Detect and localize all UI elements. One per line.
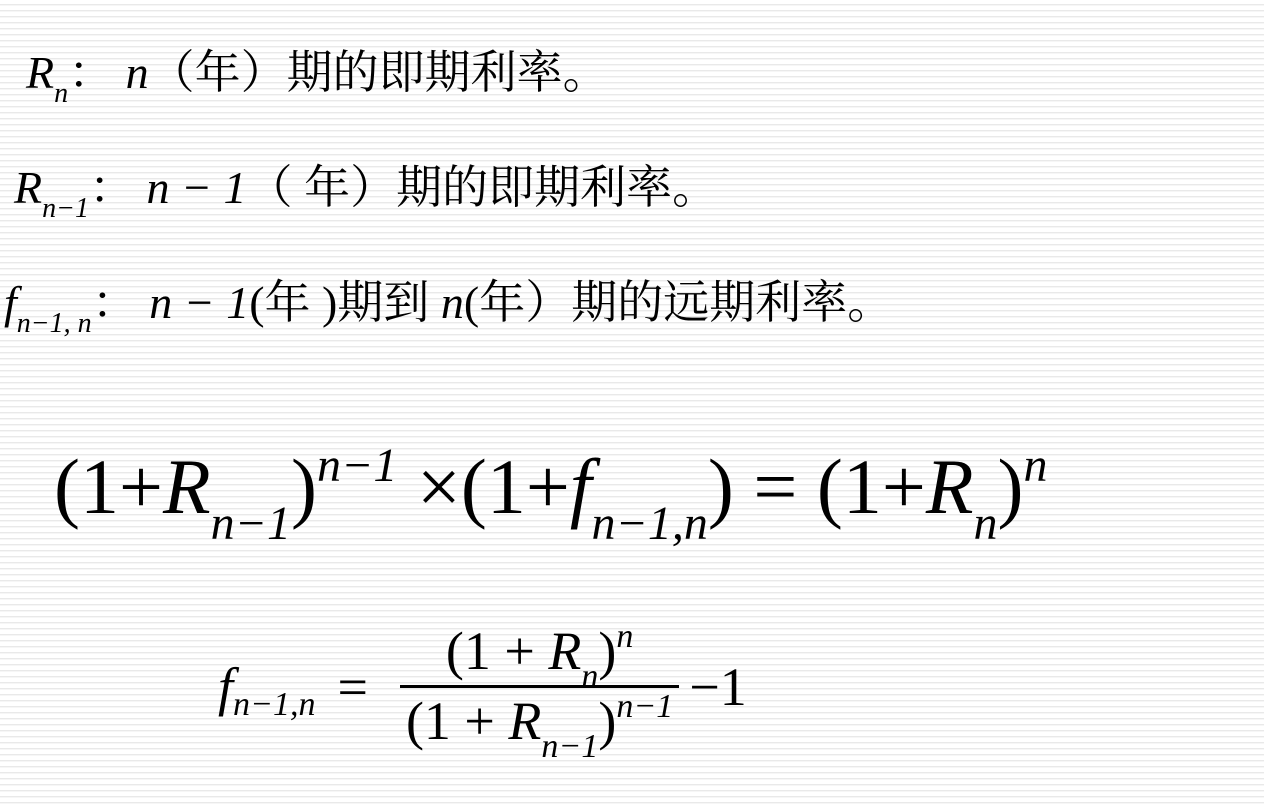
- fraction: (1 + Rn)n (1 + Rn−1)n−1: [400, 622, 679, 752]
- denominator: (1 + Rn−1)n−1: [400, 692, 679, 751]
- var-n-minus-1: n − 1: [149, 277, 249, 328]
- times-sign: ×: [417, 443, 461, 530]
- symbol-R: R: [26, 47, 54, 98]
- equation-spot-forward-relation: (1+Rn−1)n−1 ×(1+fn−1,n) = (1+Rn)n: [54, 448, 1048, 526]
- var-n-minus-1: n − 1: [147, 162, 247, 213]
- var-R: R: [548, 621, 581, 681]
- minus-one: −1: [689, 656, 746, 718]
- subscript: n−1: [211, 497, 291, 550]
- superscript: n: [1024, 439, 1048, 492]
- var-R: R: [926, 443, 974, 530]
- subscript: n−1,n: [233, 686, 315, 724]
- equals-sign: =: [753, 443, 797, 530]
- colon: ：: [68, 47, 114, 98]
- paren-close: ): [598, 621, 616, 681]
- subscript: n−1: [42, 193, 89, 224]
- paren-open: (1 +: [446, 621, 548, 681]
- subscript: n−1: [541, 728, 598, 765]
- subscript: n: [581, 658, 598, 695]
- symbol-R: R: [14, 162, 42, 213]
- var-R: R: [163, 443, 211, 530]
- paren-open: (1 +: [406, 691, 508, 751]
- paren-close: ): [998, 443, 1024, 530]
- definition-text: (年）期的远期利率。: [464, 277, 893, 328]
- paren-close: ): [291, 443, 317, 530]
- paren-open: (1+: [54, 443, 163, 530]
- definition-text: （ 年）期的即期利率。: [247, 162, 719, 213]
- superscript: n−1: [616, 688, 673, 725]
- var-f: f: [218, 656, 233, 718]
- subscript: n: [974, 497, 998, 550]
- equals-sign: =: [337, 656, 367, 718]
- symbol-f: f: [4, 277, 17, 328]
- subscript: n−1, n: [17, 308, 92, 339]
- var-n: n: [441, 277, 464, 328]
- colon: ：: [89, 162, 135, 213]
- definition-spot-rate-n: Rn： n（年）期的即期利率。: [26, 50, 609, 96]
- definition-forward-rate: fn−1, n： n − 1(年 )期到 n(年）期的远期利率。: [4, 280, 893, 326]
- definition-spot-rate-n-minus-1: Rn−1： n − 1（ 年）期的即期利率。: [14, 165, 718, 211]
- superscript: n−1: [317, 439, 397, 492]
- definition-text: （年）期的即期利率。: [149, 47, 609, 98]
- var-R: R: [508, 691, 541, 751]
- subscript: n−1,n: [592, 497, 708, 550]
- colon: ：: [92, 277, 138, 328]
- subscript: n: [54, 78, 68, 109]
- var-n: n: [126, 47, 149, 98]
- paren-open: (1+: [461, 443, 570, 530]
- equation-forward-rate-formula: fn−1,n = (1 + Rn)n (1 + Rn−1)n−1 −1: [218, 622, 747, 752]
- paren-close: ): [598, 691, 616, 751]
- paren-open: (1+: [817, 443, 926, 530]
- numerator: (1 + Rn)n: [440, 622, 639, 681]
- var-f: f: [570, 443, 592, 530]
- definition-text-mid: (年 )期到: [249, 277, 429, 328]
- paren-close: ): [708, 443, 734, 530]
- superscript: n: [616, 618, 633, 655]
